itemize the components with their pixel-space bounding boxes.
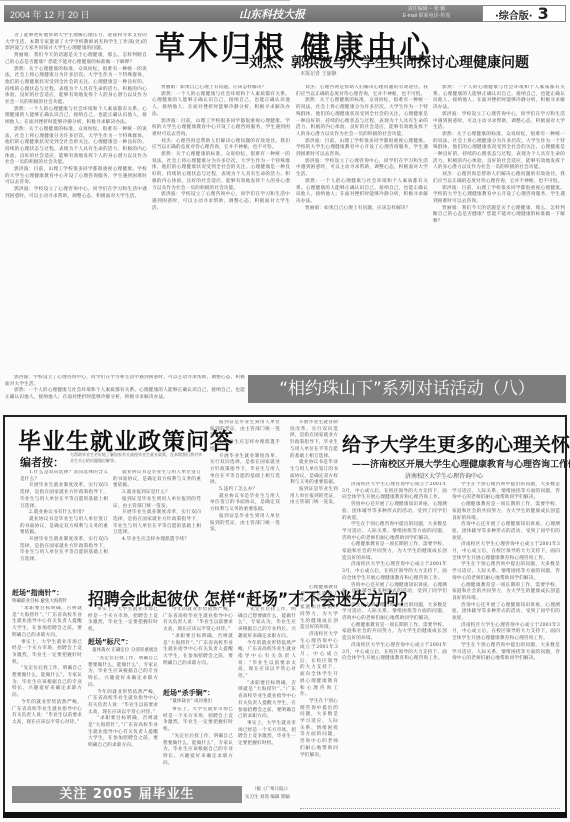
- psych-care-subheadline: ——济南校区开展大学生心理健康教育与心理咨询工作侧记: [352, 457, 570, 470]
- editor-note-text: 为帮助毕业生更好地了解国家有关高校毕业生就业政策，在本期我们将对毕业生关心的问题…: [70, 452, 205, 464]
- job-fair-column-2-top: 事实上，大学生就业市场已经是一个买方市场，招聘会上竞争激烈，毕业生一定要把握好时…: [88, 607, 158, 632]
- kicker-trump-card: 赶场“杀手锏”：: [163, 688, 214, 698]
- jobs-qa-column-3: 报到证是毕业生到用人单位报到的凭证，由主管部门统一签发。 4.毕业生应怎样办理派…: [210, 420, 280, 580]
- kicker-compass: 赶场“指南针”：: [12, 588, 63, 598]
- job-fair-column-3: 事实上，大学生就业市场已经是一个买方市场，招聘会上竞争激烈，毕业生一定要把握好时…: [163, 707, 233, 782]
- series-banner: “相约珠山下”系列对话活动（八）: [248, 375, 566, 403]
- dotted-rule: [300, 808, 560, 809]
- psych-care-column-2: 学生在个别心理咨询中提出的问题，大多数是学习适应、人际关系、情绪困扰等方面的问题…: [452, 482, 560, 807]
- footer-banner: 关注 2005 届毕业生: [12, 786, 242, 803]
- feature-column-4: 郭然：一个人的心理健康与社会环境和个人素质都有关系。心理健康的人能够正确认识自己…: [433, 85, 565, 373]
- editor-credits: 责任编辑 ·· 张 颖 E-mail·联系电话·传真: [389, 6, 464, 20]
- kicker-ruler: 赶场“标尺”：: [88, 637, 132, 647]
- job-fair-column-1: “求职要目标明确，否则就是“大海捞针”。”广东省高校毕业生就业指导中心有关负责人…: [12, 606, 82, 781]
- kicker-trump-card-sub: “量体裁衣” 成功推出: [170, 698, 212, 704]
- psych-care-headline: 给予大学生更多的心理关怀: [342, 430, 570, 457]
- masthead-bar: 2004 年 12 月 20 日 山东科技大报 责任编辑 ·· 张 颖 E-ma…: [4, 5, 564, 22]
- feature-column-2: 贾丽娟：如果自己心理上有问题，应该怎样解决？ 郭然：一个人的心理健康与社会环境和…: [152, 85, 290, 373]
- editor-note-label: 编者按：: [20, 454, 64, 470]
- jobs-qa-column-4: 开展毕业生就业制度改革，实行双向选择，是指在国家就业方针政策指导下，毕业生与用人…: [290, 420, 338, 580]
- issue-date: 2004 年 12 月 20 日: [10, 8, 90, 21]
- psych-care-column-1: 济南校区大学生心理咨询中心成立于2001年3月，中心成立后，在校区领导的大力支持…: [342, 482, 447, 802]
- psych-care-column-0: 心理健康教育是一项长期的工作，需要学校、家庭和社会的共同努力，为大学生的健康成长…: [300, 585, 338, 805]
- newspaper-page: 2004 年 12 月 20 日 山东科技大报 责任编辑 ·· 张 颖 E-ma…: [0, 0, 570, 822]
- feature-byline: 本报记者 王丽静: [300, 70, 337, 77]
- top-rule: [0, 0, 290, 1]
- feature-column-1: 为了能够更好地帮助大学生理解心理压力，迎接和寻求支持的大学生活，本期专家邀请了大…: [5, 33, 147, 373]
- jobs-qa-column-1: 1.什么是双向选择？双向选择的含义是什么？ 开展毕业生就业制度改革，实行双向选择…: [20, 470, 108, 580]
- feature-column-3: 刘杰：心理咨询是帮助人们解决心理问题的有效途径。我们应当以正确的态度对待心理咨询…: [296, 85, 428, 373]
- job-fair-column-3-top: 今年的就业形势依然严峻，广东省高校毕业生就业指导中心有关负责人说：“毕业生以前要…: [163, 607, 233, 682]
- job-fair-column-4: “先定位后找工作，明确自己想要做什么，能做什么”，专家认为，毕业生应该根据自己的…: [238, 607, 296, 779]
- job-fair-source: （据《广州日报》）: [252, 786, 290, 792]
- section-label: ·综合版·3: [482, 5, 566, 22]
- job-fair-source-byline: 实习生 刘茜 编辑 郭颖: [245, 794, 290, 800]
- newspaper-logo: 山东科技大报: [239, 6, 305, 22]
- kicker-ruler-sub: 量体裁衣 正确定位 分清轻重缓急: [92, 647, 158, 653]
- psych-care-byline: 济南校区大学生心理咨询中心: [405, 471, 483, 480]
- kicker-compass-sub: 明确职业目标 避免大海捞针: [12, 598, 67, 604]
- feature-tail-columns: 郭洪波：学校设立了心理咨询中心，同学们在学习和生活中遇到困惑时，可以主动寻求帮助…: [5, 375, 245, 411]
- jobs-qa-column-2: 就业协议书是毕业生与用人单位签订的书面协议，是确定双方权利与义务的重要依据。 3…: [113, 470, 201, 580]
- job-fair-column-2: “先定位后找工作，明确自己想要做什么，能做什么”，专家认为，毕业生应该根据自己的…: [88, 656, 158, 781]
- bottom-rule: [3, 812, 567, 818]
- feature-subheadline: —刘杰、郭洪波与大学生共同探讨心理健康问题: [235, 52, 529, 72]
- page-number: 3: [538, 4, 549, 23]
